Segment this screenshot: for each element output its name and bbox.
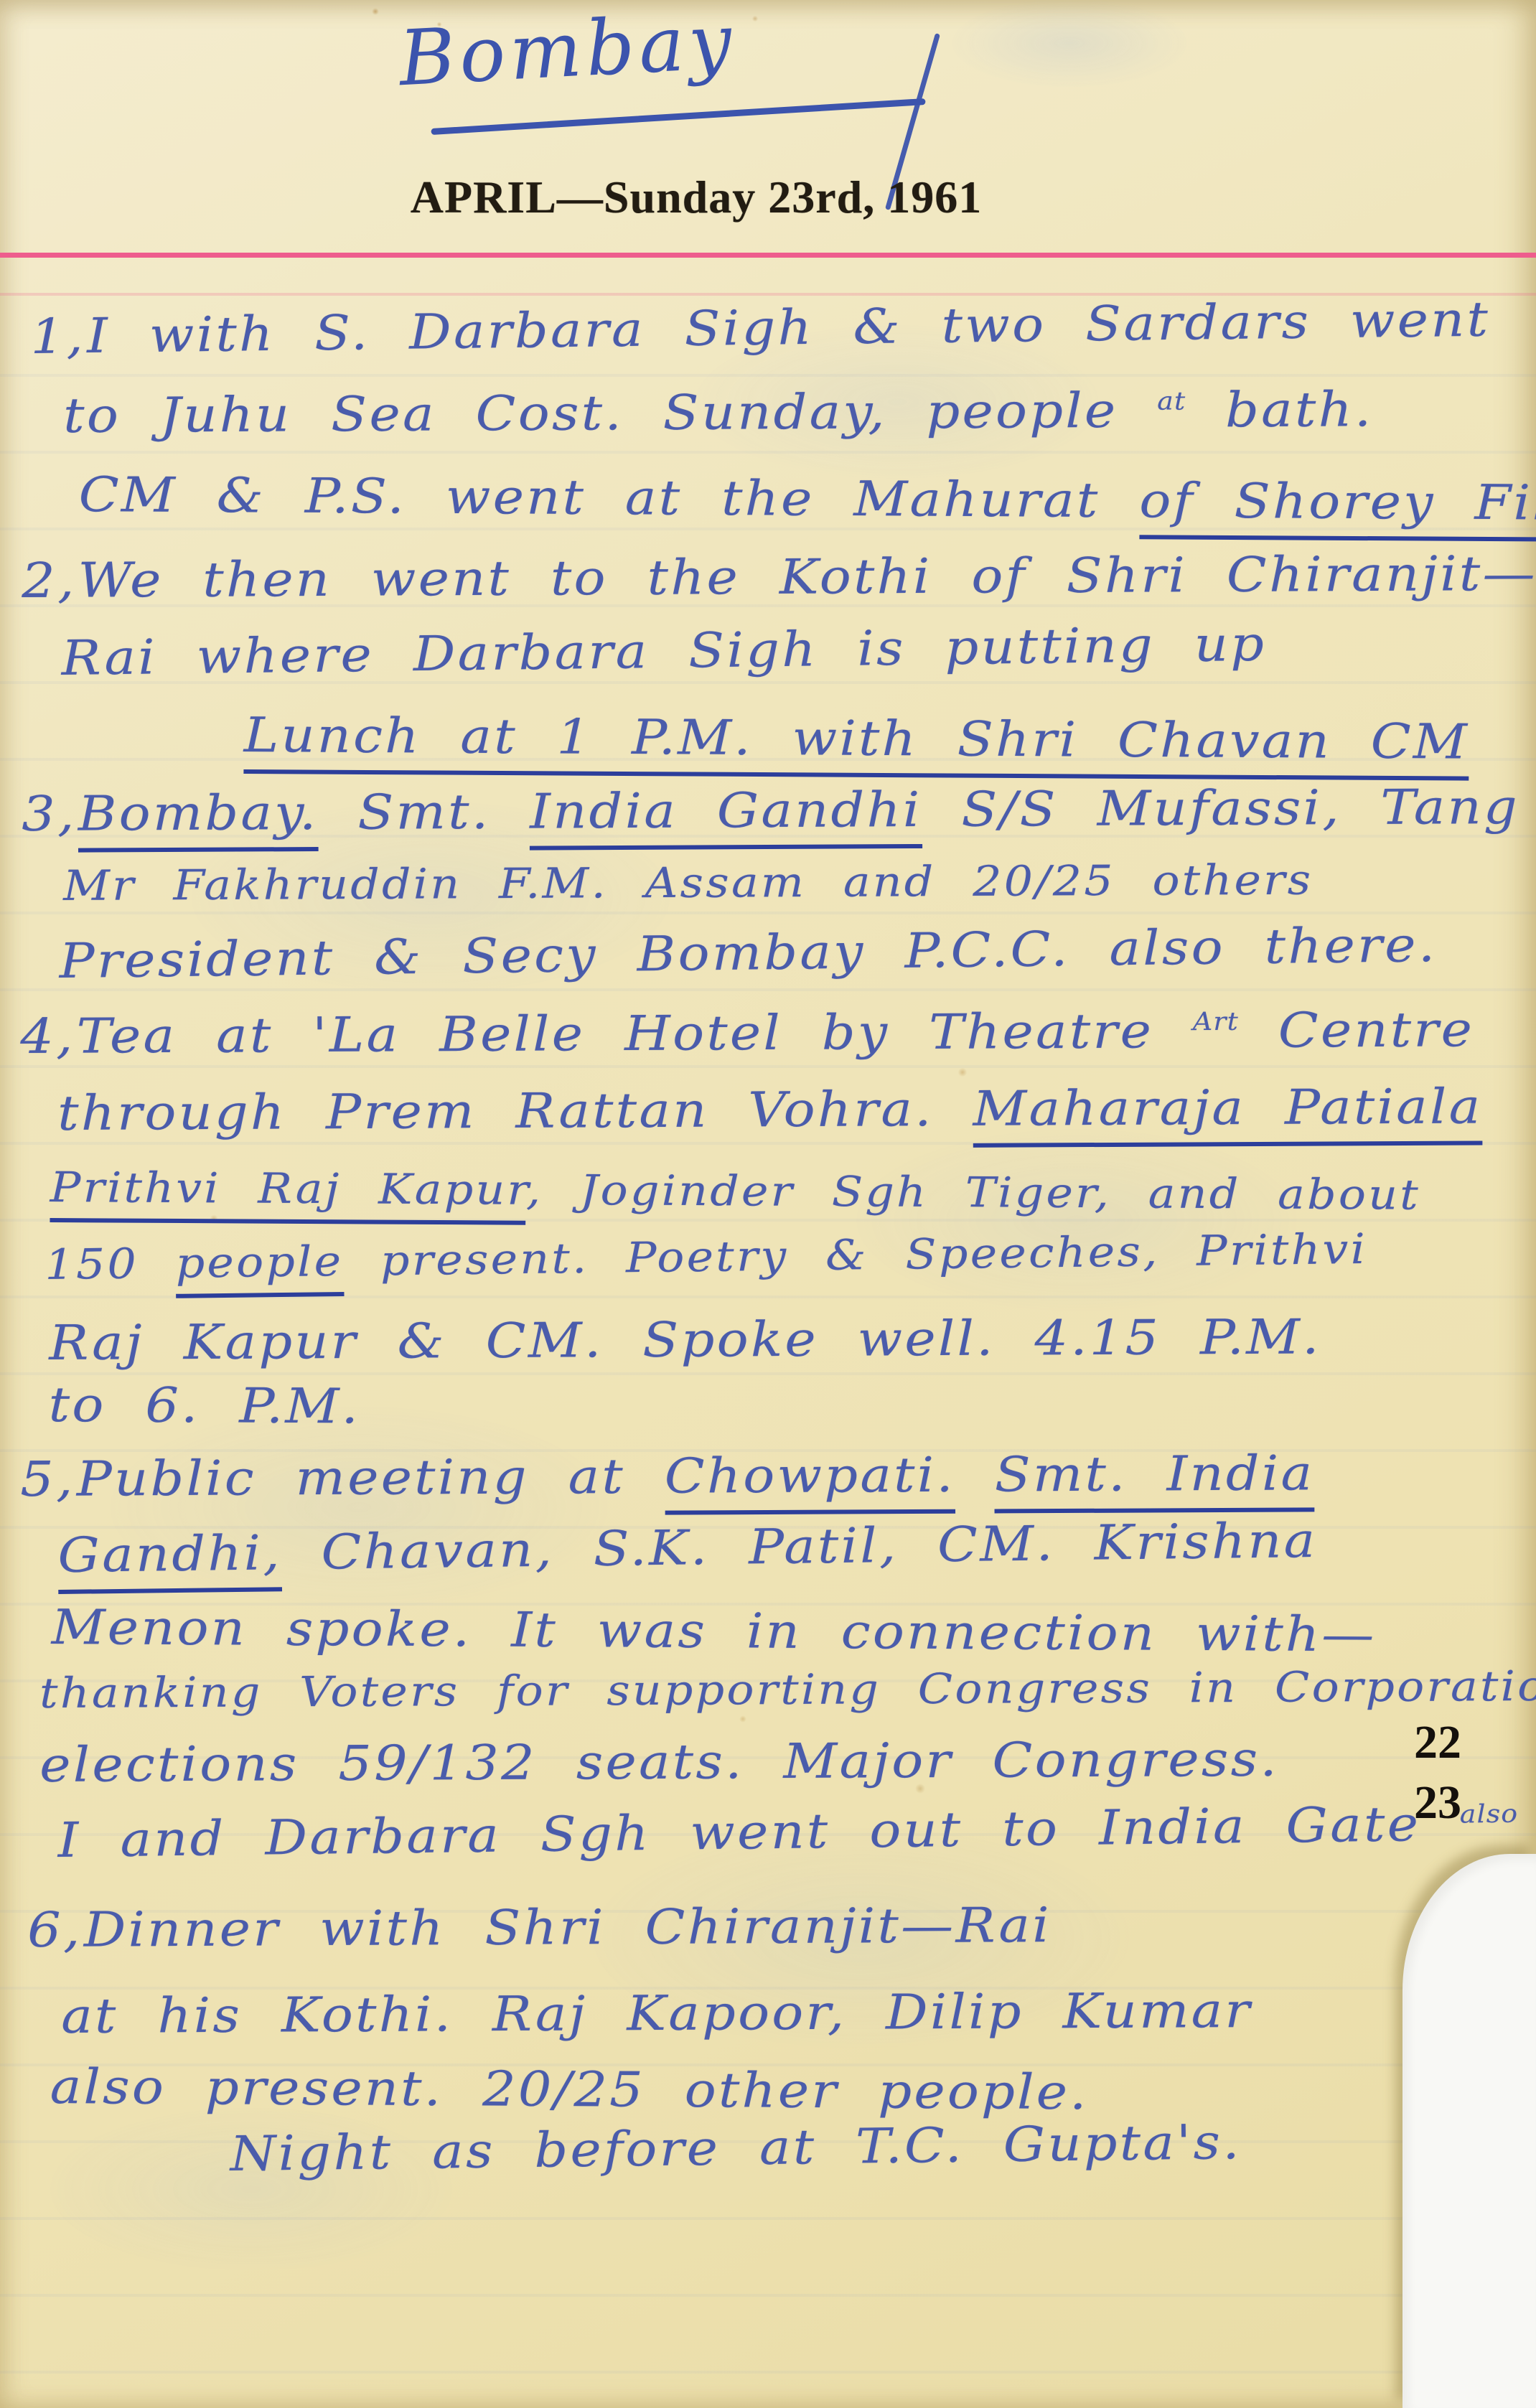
handwritten-text: We then went to the Kothi of Shri Chiran… bbox=[78, 545, 1536, 609]
diary-line: elections 59/132 seats. Major Congress. bbox=[39, 1731, 1279, 1793]
underlined-phrase: of Shorey Films bbox=[1139, 472, 1536, 542]
diary-line: 5,Public meeting at Chowpati. Smt. India bbox=[20, 1445, 1315, 1507]
underlined-phrase: India Gandhi bbox=[530, 782, 922, 851]
underlined-phrase: Chowpati. bbox=[665, 1447, 956, 1515]
diary-line: 2,We then went to the Kothi of Shri Chir… bbox=[22, 545, 1536, 609]
diary-line: Raj Kapur & CM. Spoke well. 4.15 P.M. bbox=[49, 1308, 1321, 1371]
handwritten-text: also present. 20/25 other people. bbox=[50, 2058, 1089, 2120]
handwritten-text: Raj Kapur & CM. Spoke well. 4.15 P.M. bbox=[49, 1308, 1321, 1371]
handwritten-text: Smt. bbox=[318, 784, 530, 840]
diary-line: thanking Voters for supporting Congress … bbox=[39, 1662, 1536, 1718]
diary-line: also present. 20/25 other people. bbox=[50, 2058, 1089, 2120]
diary-line: CM & P.S. went at the Mahurat of Shorey … bbox=[78, 467, 1536, 531]
handwritten-text: Night as before at T.C. Gupta's. bbox=[230, 2114, 1242, 2182]
diary-page: Bombay APRIL—Sunday 23rd, 1961 1,I with … bbox=[0, 0, 1536, 2408]
handwritten-text: through Prem Rattan Vohra. bbox=[57, 1081, 973, 1141]
diary-line: Menon spoke. It was in connection with— bbox=[51, 1599, 1376, 1662]
inserted-word: at bbox=[1157, 387, 1186, 416]
handwritten-text: I and Darbara Sgh went out to India Gate bbox=[57, 1796, 1460, 1868]
diary-line: Lunch at 1 P.M. with Shri Chavan CM bbox=[243, 707, 1469, 770]
handwritten-text: to 6. P.M. bbox=[48, 1377, 360, 1434]
handwritten-text: bath. bbox=[1186, 381, 1374, 438]
handwritten-text: 150 bbox=[45, 1239, 176, 1289]
diary-line: to 6. P.M. bbox=[48, 1377, 360, 1434]
handwritten-text: Rai where Darbara Sigh is putting up bbox=[61, 616, 1267, 686]
diary-line: I and Darbara Sgh went out to India Gate… bbox=[57, 1795, 1519, 1868]
handwritten-text: Dinner with Shri Chiranjit—Rai bbox=[83, 1897, 1052, 1957]
diary-line: Prithvi Raj Kapur, Joginder Sgh Tiger, a… bbox=[50, 1163, 1421, 1219]
entry-number: 4, bbox=[20, 1008, 77, 1064]
handwritten-text: to Juhu Sea Cost. Sunday, people bbox=[63, 383, 1157, 444]
entry-number: 2, bbox=[22, 553, 78, 609]
diary-lines: 1,I with S. Darbara Sigh & two Sardars w… bbox=[0, 0, 1536, 2408]
handwritten-text: at his Kothi. Raj Kapoor, Dilip Kumar bbox=[61, 1982, 1252, 2044]
entry-number: 5, bbox=[20, 1451, 77, 1507]
inserted-word: Art bbox=[1193, 1008, 1239, 1036]
handwritten-text: S/S Mufassi, Tang bbox=[922, 779, 1519, 838]
page-number-23: 23 bbox=[1414, 1776, 1461, 1830]
handwritten-text: President & Secy Bombay P.C.C. also ther… bbox=[59, 917, 1438, 989]
underlined-phrase: Bombay. bbox=[78, 784, 318, 853]
handwritten-text: thanking Voters for supporting Congress … bbox=[39, 1662, 1536, 1718]
diary-line: 150 people present. Poetry & Speeches, P… bbox=[45, 1224, 1368, 1289]
underlined-phrase: Maharaja Patiala bbox=[973, 1078, 1482, 1147]
handwritten-text: Chavan, S.K. Patil, CM. Krishna bbox=[281, 1512, 1318, 1580]
underlined-phrase: Lunch at 1 P.M. with Shri Chavan CM bbox=[243, 707, 1469, 781]
handwritten-text bbox=[955, 1446, 995, 1502]
entry-number: 3, bbox=[22, 786, 78, 842]
handwritten-text: Mr Fakhruddin F.M. Assam and 20/25 other… bbox=[63, 856, 1313, 910]
handwritten-text: , Joginder Sgh Tiger, and about bbox=[526, 1166, 1420, 1219]
diary-line: Night as before at T.C. Gupta's. bbox=[230, 2114, 1242, 2182]
underlined-phrase: people bbox=[175, 1237, 344, 1298]
diary-line: to Juhu Sea Cost. Sunday, people at bath… bbox=[63, 381, 1374, 444]
diary-line: 6,Dinner with Shri Chiranjit—Rai bbox=[27, 1897, 1052, 1958]
handwritten-text: Centre bbox=[1239, 1001, 1474, 1059]
handwritten-text: CM & P.S. went at the Mahurat bbox=[78, 467, 1139, 528]
handwritten-text: Menon spoke. It was in connection with— bbox=[51, 1599, 1376, 1662]
diary-line: through Prem Rattan Vohra. Maharaja Pati… bbox=[57, 1078, 1483, 1141]
underlined-phrase: Prithvi Raj Kapur bbox=[50, 1163, 526, 1225]
diary-line: President & Secy Bombay P.C.C. also ther… bbox=[59, 917, 1438, 989]
page-number-22: 22 bbox=[1414, 1715, 1461, 1770]
underlined-phrase: Gandhi, bbox=[57, 1524, 282, 1594]
clipped-corner-underpage bbox=[1402, 1854, 1536, 2408]
diary-line: 1,I with S. Darbara Sigh & two Sardars w… bbox=[30, 291, 1491, 365]
inserted-word: also bbox=[1459, 1800, 1518, 1830]
diary-line: at his Kothi. Raj Kapoor, Dilip Kumar bbox=[61, 1982, 1252, 2044]
handwritten-text: Tea at 'La Belle Hotel by Theatre bbox=[76, 1003, 1193, 1064]
entry-number: 1, bbox=[30, 308, 88, 365]
diary-line: 4,Tea at 'La Belle Hotel by Theatre Art … bbox=[20, 1001, 1474, 1064]
handwritten-text: present. Poetry & Speeches, Prithvi bbox=[343, 1224, 1368, 1285]
diary-line: 3,Bombay. Smt. India Gandhi S/S Mufassi,… bbox=[22, 779, 1519, 842]
diary-line: Rai where Darbara Sigh is putting up bbox=[61, 616, 1267, 686]
entry-number: 6, bbox=[27, 1902, 84, 1958]
handwritten-text: elections 59/132 seats. Major Congress. bbox=[39, 1731, 1279, 1793]
handwritten-text: Public meeting at bbox=[76, 1448, 665, 1507]
underlined-phrase: Smt. India bbox=[994, 1445, 1314, 1513]
diary-line: Mr Fakhruddin F.M. Assam and 20/25 other… bbox=[63, 856, 1313, 910]
handwritten-text: I with S. Darbara Sigh & two Sardars wen… bbox=[86, 291, 1490, 364]
diary-line: Gandhi, Chavan, S.K. Patil, CM. Krishna bbox=[57, 1512, 1318, 1583]
